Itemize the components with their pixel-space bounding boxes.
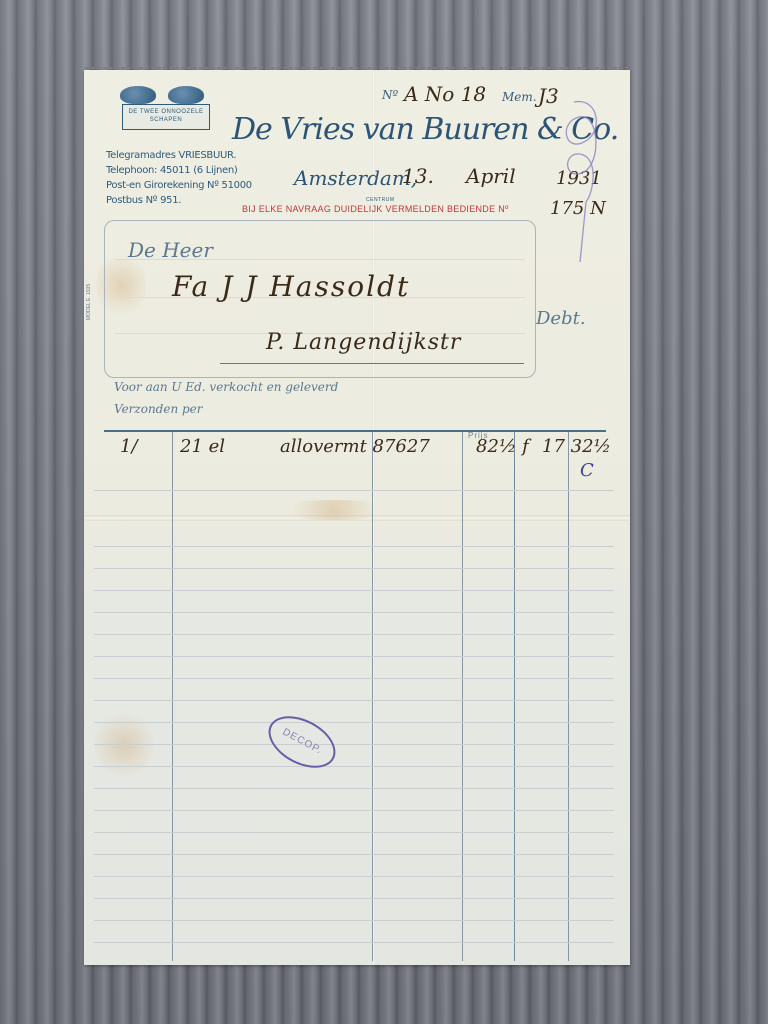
sheep-logo: DE TWEE ONNOOZELE SCHAPEN bbox=[114, 84, 218, 138]
row-amount: 17 32½ bbox=[542, 436, 611, 457]
ledger-row-rule bbox=[94, 722, 614, 723]
ledger-row-rule bbox=[94, 490, 614, 491]
ledger-row-rule bbox=[94, 854, 614, 855]
centrum-label: CENTRUM bbox=[366, 197, 395, 203]
ledger-row-rule bbox=[94, 656, 614, 657]
ledger-row-rule bbox=[94, 788, 614, 789]
ledger-row-rule bbox=[94, 612, 614, 613]
ledger-column-rule bbox=[372, 432, 373, 961]
check-mark: C bbox=[580, 460, 594, 481]
row-unit: 21 el bbox=[180, 436, 225, 457]
ledger-row-rule bbox=[94, 898, 614, 899]
invoice-number: A No 18 bbox=[404, 82, 486, 106]
telephone: Telephoon: 45011 (6 Lijnen) bbox=[106, 163, 252, 178]
giro-account: Post-en Girorekening Nº 51000 bbox=[106, 178, 252, 193]
shipped-via-text: Verzonden per bbox=[114, 402, 203, 416]
row-price: 82½ f bbox=[476, 436, 529, 457]
date-month: April bbox=[466, 164, 516, 188]
ledger-row-rule bbox=[94, 810, 614, 811]
logo-plinth: DE TWEE ONNOOZELE SCHAPEN bbox=[122, 104, 210, 130]
ledger-row-rule bbox=[94, 568, 614, 569]
address-underline bbox=[220, 363, 524, 364]
sheep-icon bbox=[168, 86, 204, 104]
ledger-row-rule bbox=[94, 546, 614, 547]
ledger-row-rule bbox=[94, 766, 614, 767]
ledger-column-rule bbox=[514, 432, 515, 961]
ledger-column-rule bbox=[172, 432, 173, 961]
ledger-column-rule bbox=[462, 432, 463, 961]
purple-ink-scribble bbox=[544, 92, 604, 262]
ledger-row-rule bbox=[94, 634, 614, 635]
recipient-name: Fa J J Hassoldt bbox=[172, 270, 410, 303]
debtor-label: Debt. bbox=[536, 308, 586, 329]
sold-delivered-text: Voor aan U Ed. verkocht en geleverd bbox=[114, 380, 338, 394]
logo-caption-line2: SCHAPEN bbox=[123, 116, 209, 124]
salutation: De Heer bbox=[128, 238, 213, 262]
row-description: allovermt 87627 bbox=[280, 436, 430, 457]
ink-stamp: DECOP. bbox=[260, 706, 344, 779]
ledger-row-rule bbox=[94, 920, 614, 921]
ledger-row-rule bbox=[94, 744, 614, 745]
postbus: Postbus Nº 951. bbox=[106, 193, 252, 208]
city: Amsterdam, bbox=[294, 166, 417, 190]
ledger-top-rule bbox=[104, 430, 606, 432]
notice-text: BIJ ELKE NAVRAAG DUIDELIJK VERMELDEN BED… bbox=[242, 204, 509, 214]
invoice-paper: DE TWEE ONNOOZELE SCHAPEN Telegramadres … bbox=[84, 70, 630, 965]
mem-label: Mem. bbox=[502, 90, 537, 104]
number-label: Nº bbox=[382, 88, 398, 102]
telegram-address: Telegramadres VRIESBUUR. bbox=[106, 148, 252, 163]
perforated-edge bbox=[84, 67, 630, 71]
ledger-row-rule bbox=[94, 700, 614, 701]
logo-caption-line1: DE TWEE ONNOOZELE bbox=[123, 108, 209, 116]
ledger-row-rule bbox=[94, 876, 614, 877]
ledger-row-rule bbox=[94, 942, 614, 943]
ledger-row-rule bbox=[94, 590, 614, 591]
row-quantity: 1/ bbox=[120, 436, 138, 457]
ledger-row-rule bbox=[94, 832, 614, 833]
ledger-row-rule bbox=[94, 678, 614, 679]
contact-details: Telegramadres VRIESBUUR. Telephoon: 4501… bbox=[106, 148, 252, 208]
form-model-number: MODEL E. 1935 bbox=[86, 284, 92, 320]
recipient-street: P. Langendijkstr bbox=[266, 330, 461, 355]
date-day: 13. bbox=[402, 164, 434, 188]
stain bbox=[274, 500, 394, 520]
ledger-column-rule bbox=[568, 432, 569, 961]
stain bbox=[94, 710, 154, 780]
sheep-icon bbox=[120, 86, 156, 104]
